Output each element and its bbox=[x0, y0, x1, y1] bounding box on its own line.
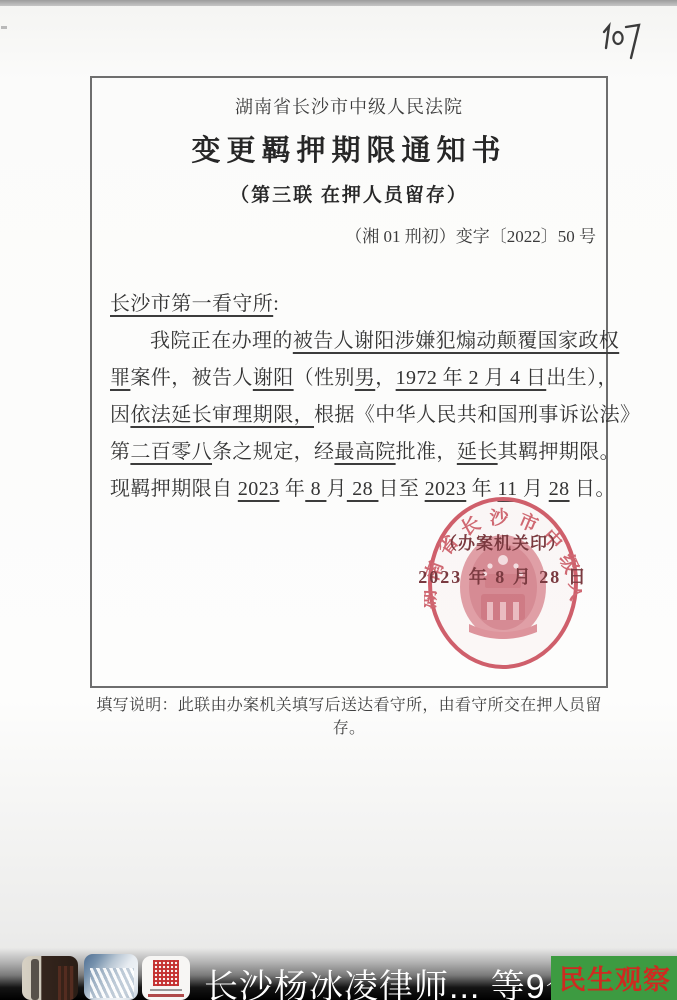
form-text: 案件，被告人 bbox=[130, 367, 252, 389]
seal-date: 2023 年 8 月 28 日 bbox=[416, 563, 590, 589]
snow-trees-photo-thumbnail[interactable] bbox=[84, 954, 138, 1000]
body-line: 罪案件，被告人谢阳（性别男，1972 年 2 月 4 日出生）， bbox=[110, 360, 600, 397]
screenshot-root: 湖南省长沙市中级人民法院 变更羁押期限通知书 （第三联 在押人员留存） （湘 0… bbox=[0, 0, 677, 1000]
court-name: 湖南省长沙市中级人民法院 bbox=[92, 93, 606, 119]
document-body: 长沙市第一看守所: 我院正在办理的被告人谢阳涉嫌犯煽动颠覆国家政权罪案件，被告人… bbox=[92, 286, 606, 508]
filled-blank-text: 1972 年 2 月 4 日 bbox=[396, 367, 547, 389]
filled-blank-text: 罪 bbox=[110, 367, 130, 389]
filled-blank-text: 2023 bbox=[238, 478, 280, 500]
document-subtitle: （第三联 在押人员留存） bbox=[92, 180, 606, 207]
qr-caption-line bbox=[148, 994, 184, 997]
form-text: 出生）， bbox=[546, 367, 618, 389]
form-text: 月 bbox=[326, 478, 346, 500]
filled-blank-text: 长沙市第一看守所 bbox=[110, 293, 273, 315]
form-text: 第 bbox=[110, 441, 130, 463]
form-text: 条之规定，经 bbox=[212, 441, 334, 463]
form-text: : bbox=[273, 293, 279, 315]
fill-in-instructions: 填写说明：此联由办案机关填写后送达看守所，由看守所交在押人员留存。 bbox=[90, 692, 608, 738]
body-line: 因依法延长审理期限，根据《中华人民共和国刑事诉讼法》 bbox=[110, 397, 600, 434]
corner-mark bbox=[1, 26, 7, 29]
form-text: 因 bbox=[110, 404, 130, 426]
form-text: 根据《中华人民共和国刑事诉讼法》 bbox=[314, 404, 640, 426]
body-paragraph: 我院正在办理的被告人谢阳涉嫌犯煽动颠覆国家政权罪案件，被告人谢阳（性别男，197… bbox=[110, 323, 600, 508]
form-text: 其羁押期限。 bbox=[498, 441, 620, 463]
qr-caption-line bbox=[150, 989, 182, 991]
form-text: 我院正在办理的 bbox=[150, 330, 293, 352]
filled-blank-text: 谢阳 bbox=[253, 367, 294, 389]
form-text: 批准， bbox=[396, 441, 457, 463]
handwritten-page-number bbox=[598, 18, 644, 66]
photo-top-edge bbox=[0, 0, 677, 6]
filled-blank-text: 依法延长审理期限， bbox=[130, 404, 314, 426]
filled-blank-text: 二百零八 bbox=[130, 441, 212, 463]
form-text: ， bbox=[375, 367, 395, 389]
filled-blank-text: 延长 bbox=[457, 441, 498, 463]
photo-viewer-overlay: 长沙杨冰凌律师... 等9个朋友 民生观察 bbox=[0, 948, 677, 1000]
statue-photo-thumbnail[interactable] bbox=[22, 956, 78, 1000]
form-text: （性别 bbox=[294, 367, 355, 389]
filled-blank-text: 被告人谢阳涉嫌犯煽动颠覆国家政权 bbox=[293, 330, 619, 352]
filled-blank-text: 男 bbox=[355, 367, 375, 389]
form-text: 日至 bbox=[378, 478, 424, 500]
document-title: 变更羁押期限通知书 bbox=[92, 128, 606, 169]
form-text: 现羁押期限自 bbox=[110, 478, 238, 500]
seal-agency-label: （办案机关印） bbox=[420, 529, 586, 554]
form-text: 年 bbox=[279, 478, 305, 500]
body-line: 我院正在办理的被告人谢阳涉嫌犯煽动颠覆国家政权 bbox=[110, 323, 600, 360]
qr-code-icon bbox=[153, 960, 179, 986]
recipient-line: 长沙市第一看守所: bbox=[110, 286, 600, 323]
qr-code-card-thumbnail[interactable] bbox=[142, 956, 190, 1000]
filled-blank-text: 8 bbox=[305, 478, 326, 500]
watermark-badge: 民生观察 bbox=[551, 956, 677, 1000]
body-line: 第二百零八条之规定，经最高院批准，延长其羁押期限。 bbox=[110, 434, 600, 471]
filled-blank-text: 28 bbox=[347, 478, 379, 500]
filled-blank-text: 最高院 bbox=[334, 441, 395, 463]
document-number: （湘 01 刑初）变字〔2022〕50 号 bbox=[92, 222, 606, 247]
